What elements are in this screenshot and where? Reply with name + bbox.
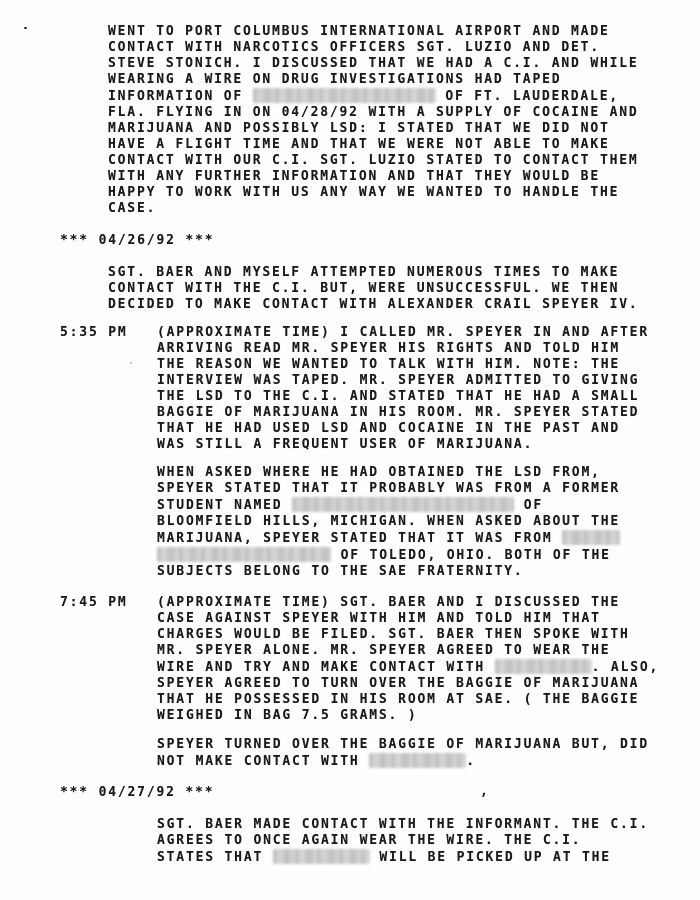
line-text: THAT HE POSSESSED IN HIS ROOM AT SAE. ( … <box>157 692 639 707</box>
line-text: CASE AGAINST SPEYER WITH HIM AND TOLD HI… <box>157 611 601 626</box>
line-text: SPEYER AGREED TO TURN OVER THE BAGGIE OF… <box>157 676 639 691</box>
line-text: OF TOLEDO, OHIO. BOTH OF THE <box>331 548 611 563</box>
line-text: WILL BE PICKED UP AT THE <box>370 850 611 865</box>
document-line: MARIJUANA AND POSSIBLY LSD: I STATED THA… <box>108 121 639 137</box>
document-line: CONTACT WITH NARCOTICS OFFICERS SGT. LUZ… <box>108 40 639 56</box>
date-header: *** 04/26/92 *** <box>60 233 214 249</box>
redaction-blur <box>495 659 592 674</box>
line-text: WITH ANY FURTHER INFORMATION AND THAT TH… <box>108 169 600 184</box>
line-text: THE LSD TO THE C.I. AND STATED THAT HE H… <box>157 389 639 404</box>
document-line: SPEYER STATED THAT IT PROBABLY WAS FROM … <box>157 481 620 497</box>
document-line: SGT. BAER AND MYSELF ATTEMPTED NUMEROUS … <box>108 265 639 281</box>
line-text: BAGGIE OF MARIJUANA IN HIS ROOM. MR. SPE… <box>157 405 639 420</box>
line-text: OF <box>514 498 543 513</box>
scan-speck-faint <box>130 362 132 364</box>
redaction-blur <box>157 547 331 562</box>
line-text: CASE. <box>108 201 156 216</box>
line-text: THAT HE HAD USED LSD AND COCAINE IN THE … <box>157 421 620 436</box>
line-text: MR. SPEYER ALONE. MR. SPEYER AGREED TO W… <box>157 643 610 658</box>
line-text: WEIGHED IN BAG 7.5 GRAMS. ) <box>157 708 417 723</box>
line-text: THE REASON WE WANTED TO TALK WITH HIM. N… <box>157 357 620 372</box>
line-text: AGREES TO ONCE AGAIN WEAR THE WIRE. THE … <box>157 833 581 848</box>
document-line: WIRE AND TRY AND MAKE CONTACT WITH . ALS… <box>157 659 659 676</box>
document-line: CHARGES WOULD BE FILED. SGT. BAER THEN S… <box>157 627 659 643</box>
line-text: BLOOMFIELD HILLS, MICHIGAN. WHEN ASKED A… <box>157 514 620 529</box>
line-text: MARIJUANA, SPEYER STATED THAT IT WAS FRO… <box>157 531 562 546</box>
document-line: STATES THAT WILL BE PICKED UP AT THE <box>157 849 649 866</box>
document-line: NOT MAKE CONTACT WITH . <box>157 753 649 770</box>
document-line: THE REASON WE WANTED TO TALK WITH HIM. N… <box>157 357 649 373</box>
redaction-blur <box>273 849 370 864</box>
document-line: WHEN ASKED WHERE HE HAD OBTAINED THE LSD… <box>157 465 620 481</box>
document-line: HAVE A FLIGHT TIME AND THAT WE WERE NOT … <box>108 137 639 153</box>
line-text: (APPROXIMATE TIME) I CALLED MR. SPEYER I… <box>157 325 649 340</box>
stray-comma-mark: , <box>480 784 488 800</box>
document-line: DECIDED TO MAKE CONTACT WITH ALEXANDER C… <box>108 297 639 313</box>
document-line: INTERVIEW WAS TAPED. MR. SPEYER ADMITTED… <box>157 373 649 389</box>
time-label: 7:45 PM <box>60 595 128 611</box>
document-line: BAGGIE OF MARIJUANA IN HIS ROOM. MR. SPE… <box>157 405 649 421</box>
document-line: MARIJUANA, SPEYER STATED THAT IT WAS FRO… <box>157 530 620 547</box>
document-line: CONTACT WITH THE C.I. BUT, WERE UNSUCCES… <box>108 281 639 297</box>
line-text: OF FT. LAUDERDALE, <box>436 89 619 104</box>
line-text: NOT MAKE CONTACT WITH <box>157 754 369 769</box>
document-line: ARRIVING READ MR. SPEYER HIS RIGHTS AND … <box>157 341 649 357</box>
line-text: CONTACT WITH THE C.I. BUT, WERE UNSUCCES… <box>108 281 619 296</box>
line-text: (APPROXIMATE TIME) SGT. BAER AND I DISCU… <box>157 595 620 610</box>
line-text: WHEN ASKED WHERE HE HAD OBTAINED THE LSD… <box>157 465 601 480</box>
document-line: HAPPY TO WORK WITH US ANY WAY WE WANTED … <box>108 185 639 201</box>
document-line: SPEYER TURNED OVER THE BAGGIE OF MARIJUA… <box>157 737 649 753</box>
line-text: INTERVIEW WAS TAPED. MR. SPEYER ADMITTED… <box>157 373 639 388</box>
document-line: WENT TO PORT COLUMBUS INTERNATIONAL AIRP… <box>108 24 639 40</box>
document-line: CASE AGAINST SPEYER WITH HIM AND TOLD HI… <box>157 611 659 627</box>
line-text: . <box>466 754 476 769</box>
line-text: CONTACT WITH NARCOTICS OFFICERS SGT. LUZ… <box>108 40 600 55</box>
document-line: STUDENT NAMED OF <box>157 497 620 514</box>
line-text: ARRIVING READ MR. SPEYER HIS RIGHTS AND … <box>157 341 620 356</box>
document-line: (APPROXIMATE TIME) I CALLED MR. SPEYER I… <box>157 325 649 341</box>
document-line: SGT. BAER MADE CONTACT WITH THE INFORMAN… <box>157 817 649 833</box>
document-line: AGREES TO ONCE AGAIN WEAR THE WIRE. THE … <box>157 833 649 849</box>
report-paragraph: WHEN ASKED WHERE HE HAD OBTAINED THE LSD… <box>157 465 620 580</box>
document-line: BLOOMFIELD HILLS, MICHIGAN. WHEN ASKED A… <box>157 514 620 530</box>
time-label: 5:35 PM <box>60 325 128 341</box>
document-line: THAT HE POSSESSED IN HIS ROOM AT SAE. ( … <box>157 692 659 708</box>
document-line: THAT HE HAD USED LSD AND COCAINE IN THE … <box>157 421 649 437</box>
line-text: MARIJUANA AND POSSIBLY LSD: I STATED THA… <box>108 121 610 136</box>
document-line: SUBJECTS BELONG TO THE SAE FRATERNITY. <box>157 564 620 580</box>
document-line: OF TOLEDO, OHIO. BOTH OF THE <box>157 547 620 564</box>
line-text: INFORMATION OF <box>108 89 253 104</box>
redaction-blur <box>369 753 466 768</box>
document-line: (APPROXIMATE TIME) SGT. BAER AND I DISCU… <box>157 595 659 611</box>
document-line: INFORMATION OF OF FT. LAUDERDALE, <box>108 88 639 105</box>
line-text: . ALSO, <box>592 660 660 675</box>
scanned-police-report-page: WENT TO PORT COLUMBUS INTERNATIONAL AIRP… <box>0 0 700 900</box>
line-text: WAS STILL A FREQUENT USER OF MARIJUANA. <box>157 437 533 452</box>
document-line: FLA. FLYING IN ON 04/28/92 WITH A SUPPLY… <box>108 105 639 121</box>
line-text: SPEYER TURNED OVER THE BAGGIE OF MARIJUA… <box>157 737 649 752</box>
line-text: WENT TO PORT COLUMBUS INTERNATIONAL AIRP… <box>108 24 610 39</box>
line-text: CONTACT WITH OUR C.I. SGT. LUZIO STATED … <box>108 153 639 168</box>
line-text: HAPPY TO WORK WITH US ANY WAY WE WANTED … <box>108 185 619 200</box>
line-text: STEVE STONICH. I DISCUSSED THAT WE HAD A… <box>108 56 639 71</box>
line-text: FLA. FLYING IN ON 04/28/92 WITH A SUPPLY… <box>108 105 639 120</box>
document-line: SPEYER AGREED TO TURN OVER THE BAGGIE OF… <box>157 676 659 692</box>
line-text: SGT. BAER MADE CONTACT WITH THE INFORMAN… <box>157 817 649 832</box>
line-text: SPEYER STATED THAT IT PROBABLY WAS FROM … <box>157 481 620 496</box>
line-text: STUDENT NAMED <box>157 498 292 513</box>
line-text: DECIDED TO MAKE CONTACT WITH ALEXANDER C… <box>108 297 639 312</box>
redaction-blur <box>292 497 514 512</box>
document-line: CASE. <box>108 201 639 217</box>
line-text: SGT. BAER AND MYSELF ATTEMPTED NUMEROUS … <box>108 265 619 280</box>
redaction-blur <box>562 530 620 545</box>
scan-speck <box>24 27 27 29</box>
document-line: MR. SPEYER ALONE. MR. SPEYER AGREED TO W… <box>157 643 659 659</box>
line-text: HAVE A FLIGHT TIME AND THAT WE WERE NOT … <box>108 137 610 152</box>
line-text: CHARGES WOULD BE FILED. SGT. BAER THEN S… <box>157 627 630 642</box>
date-header: *** 04/27/92 *** <box>60 785 214 801</box>
report-paragraph: WENT TO PORT COLUMBUS INTERNATIONAL AIRP… <box>108 24 639 217</box>
redaction-blur <box>253 88 436 103</box>
document-line: WEARING A WIRE ON DRUG INVESTIGATIONS HA… <box>108 72 639 88</box>
line-text: WIRE AND TRY AND MAKE CONTACT WITH <box>157 660 495 675</box>
report-paragraph: SGT. BAER MADE CONTACT WITH THE INFORMAN… <box>157 817 649 866</box>
document-line: THE LSD TO THE C.I. AND STATED THAT HE H… <box>157 389 649 405</box>
document-line: WEIGHED IN BAG 7.5 GRAMS. ) <box>157 708 659 724</box>
document-line: STEVE STONICH. I DISCUSSED THAT WE HAD A… <box>108 56 639 72</box>
report-paragraph: SGT. BAER AND MYSELF ATTEMPTED NUMEROUS … <box>108 265 639 313</box>
report-paragraph: SPEYER TURNED OVER THE BAGGIE OF MARIJUA… <box>157 737 649 770</box>
line-text: STATES THAT <box>157 850 273 865</box>
document-line: WITH ANY FURTHER INFORMATION AND THAT TH… <box>108 169 639 185</box>
document-line: WAS STILL A FREQUENT USER OF MARIJUANA. <box>157 437 649 453</box>
timed-entry-body: (APPROXIMATE TIME) I CALLED MR. SPEYER I… <box>157 325 649 453</box>
document-line: CONTACT WITH OUR C.I. SGT. LUZIO STATED … <box>108 153 639 169</box>
line-text: WEARING A WIRE ON DRUG INVESTIGATIONS HA… <box>108 72 561 87</box>
timed-entry-body: (APPROXIMATE TIME) SGT. BAER AND I DISCU… <box>157 595 659 724</box>
line-text: SUBJECTS BELONG TO THE SAE FRATERNITY. <box>157 564 524 579</box>
